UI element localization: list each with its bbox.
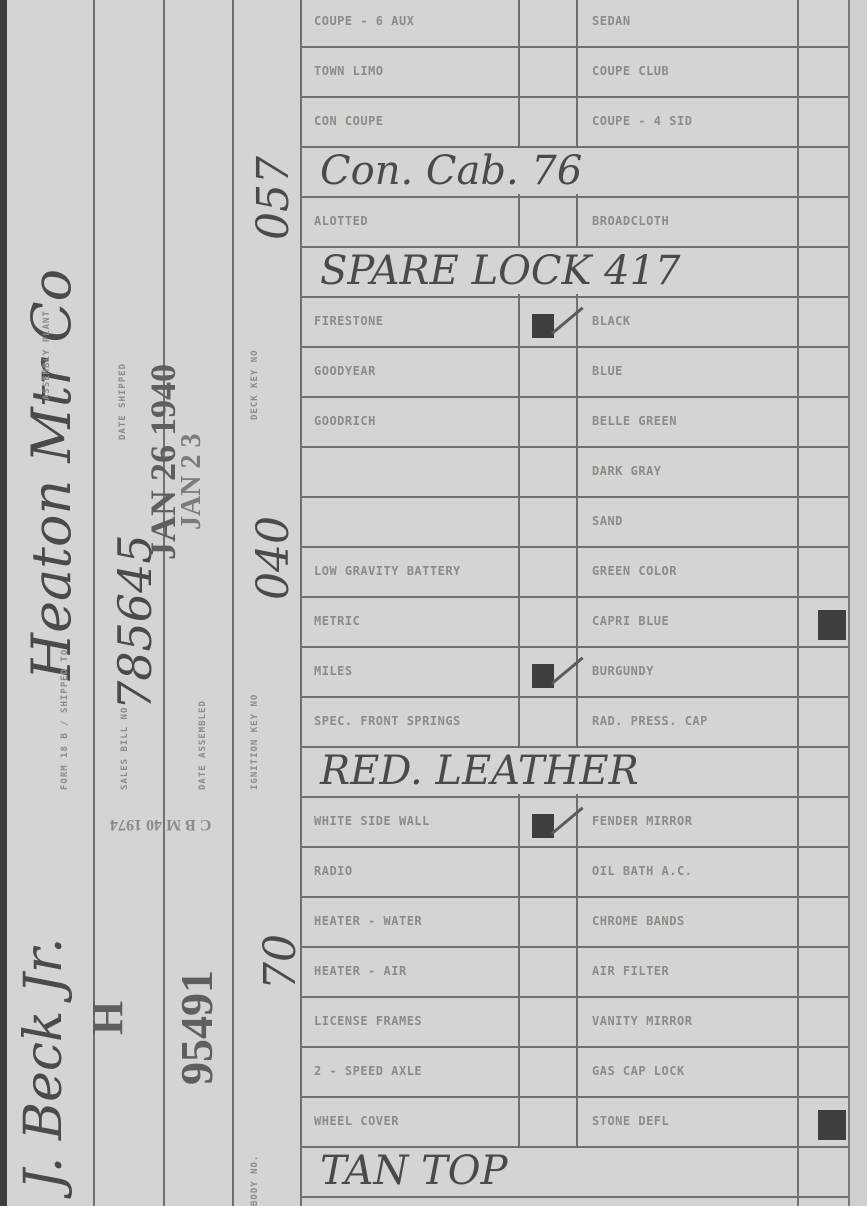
row-divider — [300, 1096, 848, 1098]
option-label-right: RAD. PRESS. CAP — [592, 714, 708, 728]
shipped-to-label: FORM 18 B / SHIPPED TO — [60, 680, 71, 790]
row-divider — [300, 396, 848, 398]
option-label-right: VANITY MIRROR — [592, 1014, 692, 1028]
handwritten-note: TAN TOP — [320, 1148, 790, 1194]
checkbox-mark — [532, 814, 554, 838]
row-divider — [300, 296, 848, 298]
row-divider — [300, 596, 848, 598]
handwritten-note: RED. LEATHER — [320, 748, 790, 794]
row-divider — [300, 846, 848, 848]
body-letter: H — [82, 1001, 133, 1035]
assembly-plant-label: ASSEMBLY PLANT — [42, 310, 53, 400]
option-label-left: COUPE - 6 AUX — [314, 14, 414, 28]
serial-number: 95491 — [170, 970, 223, 1085]
sales-bill-value: 785645 — [108, 534, 162, 710]
divider — [163, 0, 165, 1206]
option-label-left: ALOTTED — [314, 214, 368, 228]
option-label-left: MILES — [314, 664, 353, 678]
option-label-right: GREEN COLOR — [592, 564, 677, 578]
date-assembled-value: JAN 2 3 — [176, 434, 208, 530]
cbm-stamp: C B M 40 1974 — [110, 815, 211, 833]
option-label-left: WHITE SIDE WALL — [314, 814, 430, 828]
option-label-left: FIRESTONE — [314, 314, 384, 328]
option-label-left: HEATER - WATER — [314, 914, 422, 928]
option-label-left: TOWN LIMO — [314, 64, 384, 78]
option-label-left: GOODRICH — [314, 414, 376, 428]
right-margin — [848, 0, 867, 1206]
checkbox-mark — [532, 664, 554, 688]
row-divider — [300, 446, 848, 448]
sales-bill-label: SALES BILL NO — [120, 707, 131, 790]
row-divider — [300, 696, 848, 698]
option-label-left: GOODYEAR — [314, 364, 376, 378]
option-label-left: METRIC — [314, 614, 360, 628]
option-label-right: FENDER MIRROR — [592, 814, 692, 828]
row-divider — [300, 646, 848, 648]
divider — [300, 0, 302, 1206]
row-divider — [300, 946, 848, 948]
checkmark-icon — [551, 657, 584, 685]
model-number: 70 — [255, 934, 306, 990]
row-divider — [300, 896, 848, 898]
row-divider — [300, 546, 848, 548]
divider — [232, 0, 234, 1206]
option-label-right: DARK GRAY — [592, 464, 662, 478]
option-label-right: COUPE - 4 SID — [592, 114, 692, 128]
date-assembled-label: DATE ASSEMBLED — [198, 700, 209, 790]
option-label-right: GAS CAP LOCK — [592, 1064, 685, 1078]
option-label-left: LICENSE FRAMES — [314, 1014, 422, 1028]
option-label-left: LOW GRAVITY BATTERY — [314, 564, 461, 578]
option-label-right: SAND — [592, 514, 623, 528]
deck-key-value: 057 — [248, 156, 299, 240]
row-divider — [300, 796, 848, 798]
body-no-label: BODY NO. — [250, 1155, 261, 1206]
handwritten-note: Con. Cab. 76 — [320, 148, 790, 194]
ignition-key-label: IGNITION KEY NO — [250, 694, 261, 790]
option-label-left: RADIO — [314, 864, 353, 878]
option-label-right: STONE DEFL — [592, 1114, 669, 1128]
option-label-right: BLACK — [592, 314, 631, 328]
checkbox-mark — [818, 1110, 846, 1140]
row-divider — [300, 1196, 848, 1198]
option-label-right: AIR FILTER — [592, 964, 669, 978]
row-divider — [300, 496, 848, 498]
divider — [797, 0, 799, 1206]
option-label-left: SPEC. FRONT SPRINGS — [314, 714, 461, 728]
checkbox-mark — [818, 610, 846, 640]
option-label-left: CON COUPE — [314, 114, 384, 128]
option-label-right: BELLE GREEN — [592, 414, 677, 428]
option-label-right: CAPRI BLUE — [592, 614, 669, 628]
row-divider — [300, 196, 848, 198]
date-shipped-label: DATE SHIPPED — [118, 363, 129, 440]
option-label-right: BURGUNDY — [592, 664, 654, 678]
build-card: Heaton Mtr Co FORM 18 B / SHIPPED TO ASS… — [0, 0, 867, 1206]
option-label-left: WHEEL COVER — [314, 1114, 399, 1128]
row-divider — [300, 346, 848, 348]
row-divider — [300, 1046, 848, 1048]
option-label-right: BROADCLOTH — [592, 214, 669, 228]
option-label-right: SEDAN — [592, 14, 631, 28]
customer-name: J. Beck Jr. — [14, 937, 74, 1190]
handwritten-note: SPARE LOCK 417 — [320, 248, 790, 294]
row-divider — [300, 96, 848, 98]
checkbox-mark — [532, 314, 554, 338]
checkmark-icon — [551, 307, 584, 335]
option-label-right: BLUE — [592, 364, 623, 378]
row-divider — [300, 996, 848, 998]
option-label-left: 2 - SPEED AXLE — [314, 1064, 422, 1078]
ignition-key-value: 040 — [248, 516, 299, 600]
option-label-right: OIL BATH A.C. — [592, 864, 692, 878]
option-label-right: COUPE CLUB — [592, 64, 669, 78]
option-label-right: CHROME BANDS — [592, 914, 685, 928]
card-edge — [0, 0, 7, 1206]
deck-key-label: DECK KEY NO — [250, 349, 261, 420]
row-divider — [300, 46, 848, 48]
option-label-left: HEATER - AIR — [314, 964, 407, 978]
checkmark-icon — [551, 807, 584, 835]
